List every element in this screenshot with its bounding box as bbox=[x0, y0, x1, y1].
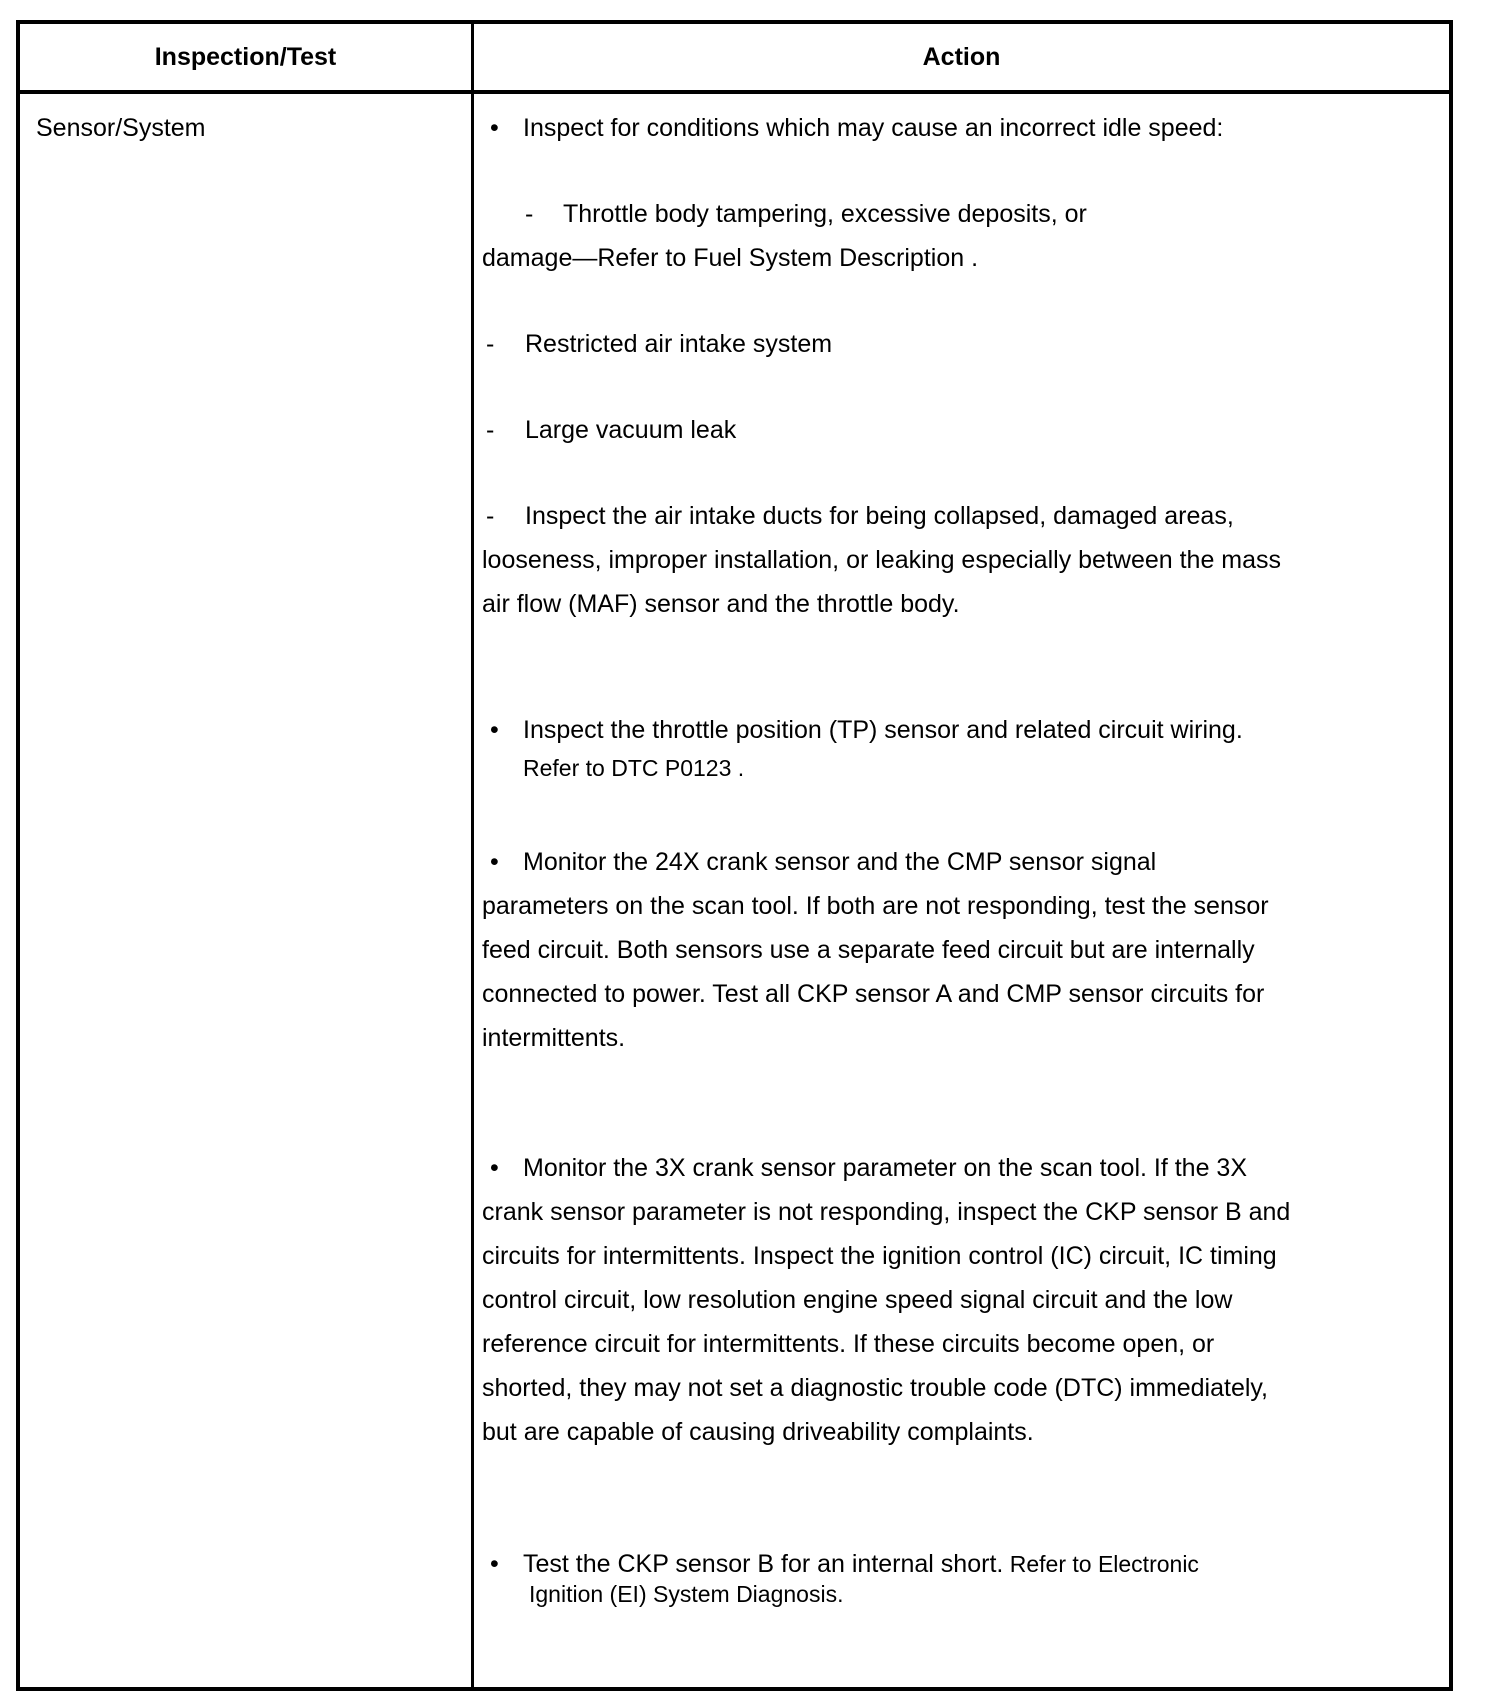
column-divider bbox=[471, 24, 474, 1687]
header-inspection-test: Inspection/Test bbox=[20, 24, 471, 90]
link-electronic-ignition-line2[interactable]: Ignition (EI) System Diagnosis. bbox=[529, 1572, 843, 1616]
action-item-3x-line5: reference circuit for intermittents. If … bbox=[482, 1322, 1214, 1366]
bullet-icon: • bbox=[490, 1146, 499, 1190]
header-divider bbox=[20, 90, 1449, 94]
dash-icon: - bbox=[486, 494, 494, 538]
bullet-icon: • bbox=[490, 106, 499, 150]
action-item-3x-line7: but are capable of causing driveability … bbox=[482, 1410, 1034, 1454]
subitem-air-intake-ducts-line1: Inspect the air intake ducts for being c… bbox=[525, 494, 1234, 538]
subitem-throttle-body-line2: damage—Refer to Fuel System Description … bbox=[482, 236, 978, 280]
action-item-incorrect-idle: Inspect for conditions which may cause a… bbox=[523, 106, 1223, 150]
link-electronic-ignition[interactable]: Refer to Electronic bbox=[1003, 1551, 1199, 1577]
subitem-air-intake-ducts-line3: air flow (MAF) sensor and the throttle b… bbox=[482, 582, 960, 626]
subitem-throttle-body-line1: Throttle body tampering, excessive depos… bbox=[563, 192, 1087, 236]
dash-icon: - bbox=[486, 408, 494, 452]
bullet-icon: • bbox=[490, 1542, 499, 1586]
action-item-3x-line4: control circuit, low resolution engine s… bbox=[482, 1278, 1232, 1322]
action-item-3x-line3: circuits for intermittents. Inspect the … bbox=[482, 1234, 1277, 1278]
dash-icon: - bbox=[486, 322, 494, 366]
bullet-icon: • bbox=[490, 708, 499, 752]
action-item-24x-line3: feed circuit. Both sensors use a separat… bbox=[482, 928, 1255, 972]
subitem-vacuum-leak: Large vacuum leak bbox=[525, 408, 736, 452]
action-item-24x-line5: intermittents. bbox=[482, 1016, 625, 1060]
action-item-3x-line2: crank sensor parameter is not responding… bbox=[482, 1190, 1290, 1234]
inspection-cell: Sensor/System bbox=[36, 106, 206, 150]
bullet-icon: • bbox=[490, 840, 499, 884]
action-item-3x-line6: shorted, they may not set a diagnostic t… bbox=[482, 1366, 1268, 1410]
header-action: Action bbox=[474, 24, 1449, 90]
action-item-3x-line1: Monitor the 3X crank sensor parameter on… bbox=[523, 1146, 1247, 1190]
action-item-24x-line2: parameters on the scan tool. If both are… bbox=[482, 884, 1269, 928]
subitem-air-intake-ducts-line2: looseness, improper installation, or lea… bbox=[482, 538, 1281, 582]
action-item-24x-line1: Monitor the 24X crank sensor and the CMP… bbox=[523, 840, 1156, 884]
subitem-restricted-air-intake: Restricted air intake system bbox=[525, 322, 832, 366]
dash-icon: - bbox=[525, 192, 533, 236]
action-item-24x-line4: connected to power. Test all CKP sensor … bbox=[482, 972, 1264, 1016]
link-dtc-p0123[interactable]: Refer to DTC P0123 . bbox=[523, 746, 744, 790]
